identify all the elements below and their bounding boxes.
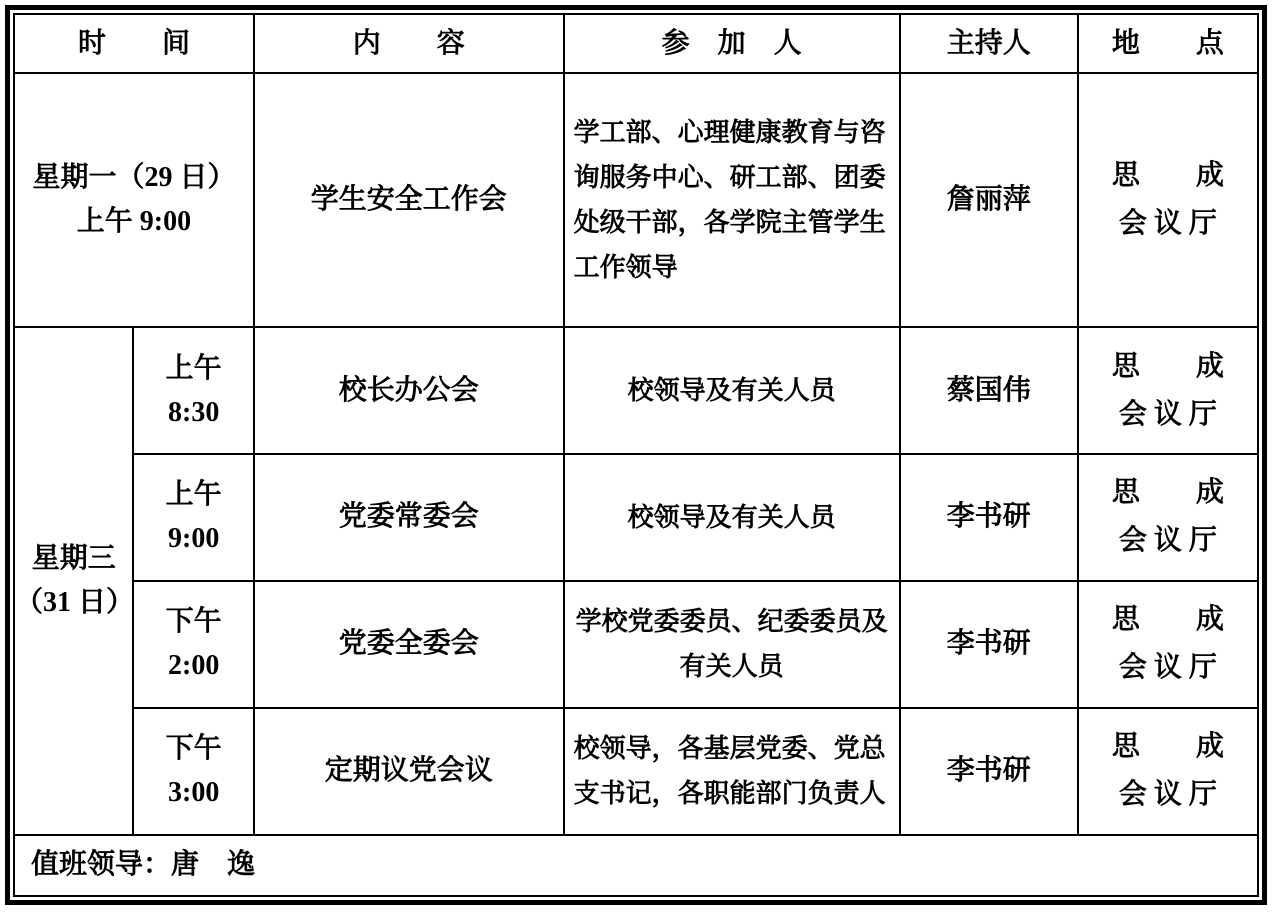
duty-leader-note: 值班领导：唐 逸: [14, 835, 1258, 896]
header-participants: 参 加 人: [564, 14, 900, 73]
wednesday-2-time-cell: 上午 9:00: [133, 454, 253, 581]
wednesday-1-content-cell: 校长办公会: [254, 327, 564, 454]
footer-row: 值班领导：唐 逸: [14, 835, 1258, 896]
monday-participants-cell: 学工部、心理健康教育与咨询服务中心、研工部、团委处级干部，各学院主管学生工作领导: [564, 73, 900, 327]
wednesday-4-period: 下午: [134, 727, 252, 771]
wednesday-1-location-cell: 思 成 会 议 厅: [1078, 327, 1258, 454]
monday-time-cell: 星期一（29 日） 上午 9:00: [14, 73, 254, 327]
wednesday-4-location-line1: 思 成: [1079, 723, 1257, 771]
schedule-table-frame: 时 间 内 容 参 加 人 主持人 地 点 星期一（29 日） 上午 9:00 …: [5, 5, 1267, 905]
wednesday-1-participants-cell: 校领导及有关人员: [564, 327, 900, 454]
monday-host-cell: 詹丽萍: [900, 73, 1078, 327]
wednesday-row-1: 星期三 （31 日） 上午 8:30 校长办公会 校领导及有关人员 蔡国伟 思 …: [14, 327, 1258, 454]
monday-time: 上午 9:00: [15, 200, 253, 244]
wednesday-2-location-cell: 思 成 会 议 厅: [1078, 454, 1258, 581]
wednesday-1-time: 8:30: [134, 391, 252, 435]
wednesday-day: 星期三: [15, 537, 132, 581]
wednesday-4-time: 3:00: [134, 771, 252, 815]
wednesday-3-host-cell: 李书研: [900, 581, 1078, 708]
monday-participants-text: 学工部、心理健康教育与咨询服务中心、研工部、团委处级干部，各学院主管学生工作领导: [565, 110, 899, 290]
wednesday-3-time-cell: 下午 2:00: [133, 581, 253, 708]
header-content: 内 容: [254, 14, 564, 73]
wednesday-3-content-cell: 党委全委会: [254, 581, 564, 708]
wednesday-2-participants-text: 校领导及有关人员: [565, 495, 899, 540]
wednesday-2-period: 上午: [134, 473, 252, 517]
wednesday-1-period: 上午: [134, 347, 252, 391]
wednesday-3-time: 2:00: [134, 644, 252, 688]
wednesday-date: （31 日）: [15, 581, 132, 625]
wednesday-3-period: 下午: [134, 600, 252, 644]
wednesday-4-location-line2: 会 议 厅: [1079, 771, 1257, 819]
wednesday-2-location-line2: 会 议 厅: [1079, 517, 1257, 565]
wednesday-3-participants-cell: 学校党委委员、纪委委员及有关人员: [564, 581, 900, 708]
wednesday-1-location-line1: 思 成: [1079, 343, 1257, 391]
wednesday-4-time-cell: 下午 3:00: [133, 708, 253, 835]
monday-row: 星期一（29 日） 上午 9:00 学生安全工作会 学工部、心理健康教育与咨询服…: [14, 73, 1258, 327]
wednesday-3-location-cell: 思 成 会 议 厅: [1078, 581, 1258, 708]
wednesday-4-content-cell: 定期议党会议: [254, 708, 564, 835]
monday-location-cell: 思 成 会 议 厅: [1078, 73, 1258, 327]
wednesday-3-location-line1: 思 成: [1079, 596, 1257, 644]
wednesday-row-2: 上午 9:00 党委常委会 校领导及有关人员 李书研 思 成 会 议 厅: [14, 454, 1258, 581]
wednesday-1-time-cell: 上午 8:30: [133, 327, 253, 454]
wednesday-1-host-cell: 蔡国伟: [900, 327, 1078, 454]
wednesday-3-location-line2: 会 议 厅: [1079, 644, 1257, 692]
header-time: 时 间: [14, 14, 254, 73]
wednesday-1-participants-text: 校领导及有关人员: [565, 368, 899, 413]
wednesday-4-location-cell: 思 成 会 议 厅: [1078, 708, 1258, 835]
header-location: 地 点: [1078, 14, 1258, 73]
wednesday-4-host-cell: 李书研: [900, 708, 1078, 835]
meeting-schedule-table: 时 间 内 容 参 加 人 主持人 地 点 星期一（29 日） 上午 9:00 …: [13, 13, 1259, 897]
monday-date: 星期一（29 日）: [15, 156, 253, 200]
monday-location-line2: 会 议 厅: [1079, 200, 1257, 248]
wednesday-1-location-line2: 会 议 厅: [1079, 391, 1257, 439]
wednesday-4-participants-cell: 校领导，各基层党委、党总支书记，各职能部门负责人: [564, 708, 900, 835]
wednesday-2-location-line1: 思 成: [1079, 469, 1257, 517]
wednesday-row-3: 下午 2:00 党委全委会 学校党委委员、纪委委员及有关人员 李书研 思 成 会…: [14, 581, 1258, 708]
monday-content-cell: 学生安全工作会: [254, 73, 564, 327]
wednesday-3-participants-text: 学校党委委员、纪委委员及有关人员: [565, 599, 899, 689]
wednesday-2-participants-cell: 校领导及有关人员: [564, 454, 900, 581]
wednesday-2-time: 9:00: [134, 517, 252, 561]
wednesday-2-content-cell: 党委常委会: [254, 454, 564, 581]
wednesday-row-4: 下午 3:00 定期议党会议 校领导，各基层党委、党总支书记，各职能部门负责人 …: [14, 708, 1258, 835]
wednesday-day-cell: 星期三 （31 日）: [14, 327, 133, 835]
wednesday-4-participants-text: 校领导，各基层党委、党总支书记，各职能部门负责人: [565, 726, 899, 816]
header-host: 主持人: [900, 14, 1078, 73]
header-row: 时 间 内 容 参 加 人 主持人 地 点: [14, 14, 1258, 73]
monday-location-line1: 思 成: [1079, 152, 1257, 200]
wednesday-2-host-cell: 李书研: [900, 454, 1078, 581]
